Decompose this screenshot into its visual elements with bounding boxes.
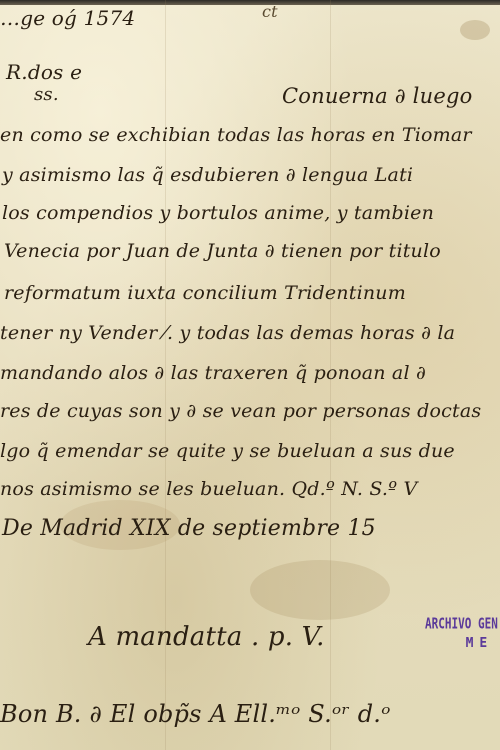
body-line-5: Venecia por Juan de Junta ∂ tienen por t… [4,240,441,262]
body-line-3: y asimismo las q̃ esdubieren ∂ lengua La… [2,164,413,186]
body-line-9: res de cuyas son y ∂ se vean por persona… [0,400,481,422]
closing-line: A mandatta . p. V. [88,622,325,652]
body-line-8: mandando alos ∂ las traxeren q̃ ponoan a… [0,362,426,384]
body-line-1: Conuerna ∂ luego [282,84,472,108]
date-line: De Madrid XIX de septiembre 15 [2,516,376,541]
body-line-10: lgo q̃ emendar se quite y se bueluan a s… [0,440,455,462]
page-top-edge [0,0,500,5]
body-line-4: los compendios y bortulos anime, y tambi… [2,202,434,224]
body-line-2: en como se exchibian todas las horas en … [0,124,472,146]
top-mark: ct [262,2,278,21]
header-date: …ge oǵ 1574 [0,6,135,30]
body-line-6: reformatum iuxta concilium Tridentinum [4,282,406,304]
body-line-7: tener ny Vender ⁄. y todas las demas hor… [0,322,455,344]
stamp-line-1: ARCHIVO GEN [425,614,498,632]
body-line-11: nos asimismo se les bueluan. Qd.º N. S.º… [0,478,417,500]
signatures: Bon B. ∂ El obp̃s A Ell.ᵐᵒ S.ᵒʳ d.ᵒ [0,700,391,728]
salutation-abbrev: ss. [34,84,59,105]
archive-stamp: ARCHIVO GEN ME [425,617,498,651]
ink-spot [460,20,490,40]
water-stain [250,560,390,620]
salutation: R.dos e [6,60,82,84]
stamp-line-2: ME [425,636,498,651]
